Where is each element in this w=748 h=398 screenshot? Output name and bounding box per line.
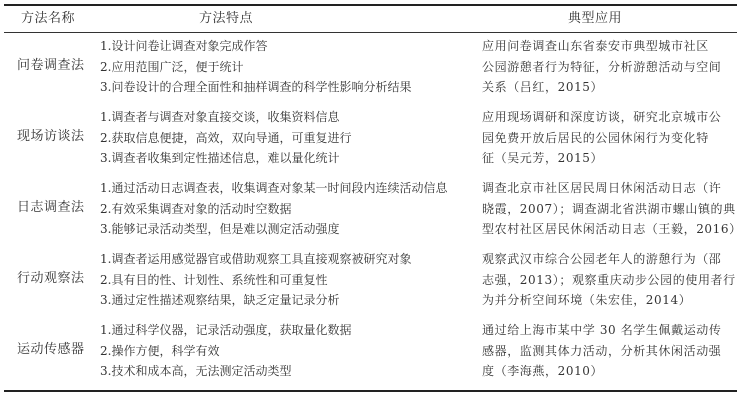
method-name: 现场访谈法 (17, 128, 85, 146)
header-features: 方法特点 (199, 10, 253, 28)
application-line: 度（李海燕，2010） (482, 361, 732, 382)
method-features: 1.通过活动日志调查表，收集调查对象某一时间段内连续活动信息 2.有效采集调查对… (100, 178, 480, 240)
feature-item: 3.调查者收集到定性描述信息，难以量化统计 (100, 148, 480, 169)
feature-item: 1.调查者运用感觉器官或借助观察工具直接观察被研究对象 (100, 249, 480, 270)
feature-item: 1.调查者与调查对象直接交谈，收集资料信息 (100, 107, 480, 128)
header-applications: 典型应用 (568, 10, 622, 28)
feature-item: 2.有效采集调查对象的活动时空数据 (100, 199, 480, 220)
method-application: 调查北京市社区居民周日休闲活动日志（许 晓霞，2007）；调查湖北省洪湖市螺山镇… (482, 178, 732, 240)
method-application: 观察武汉市综合公园老年人的游憩行为（邵 志强，2013）；观察重庆动步公园的使用… (482, 249, 732, 311)
feature-item: 2.应用范围广泛，便于统计 (100, 57, 480, 78)
application-line: 晓霞，2007）；调查湖北省洪湖市螺山镇的典 (482, 199, 732, 220)
feature-item: 3.技术和成本高，无法测定活动类型 (100, 361, 480, 382)
feature-item: 3.能够记录活动类型，但是难以测定活动强度 (100, 219, 480, 240)
feature-item: 1.通过科学仪器，记录活动强度，获取量化数据 (100, 320, 480, 341)
application-line: 征（吴元芳，2015） (482, 148, 732, 169)
application-line: 园免费开放后居民的公园休闲行为变化特 (482, 128, 732, 149)
method-name: 日志调查法 (17, 199, 85, 217)
application-line: 志强，2013）；观察重庆动步公园的使用者行 (482, 270, 732, 291)
method-name: 问卷调查法 (17, 57, 85, 75)
header-method-name: 方法名称 (21, 10, 75, 28)
feature-item: 2.具有目的性、计划性、系统性和可重复性 (100, 270, 480, 291)
feature-item: 3.通过定性描述观察结果，缺乏定量记录分析 (100, 290, 480, 311)
application-line: 观察武汉市综合公园老年人的游憩行为（邵 (482, 249, 732, 270)
application-line: 应用问卷调查山东省泰安市典型城市社区 (482, 36, 732, 57)
method-features: 1.调查者与调查对象直接交谈，收集资料信息 2.获取信息便捷，高效，双向导通，可… (100, 107, 480, 169)
table-top-rule (4, 4, 737, 6)
feature-item: 2.获取信息便捷，高效，双向导通，可重复进行 (100, 128, 480, 149)
application-line: 型农村社区居民休闲活动日志（王毅，2016） (482, 219, 732, 240)
application-line: 关系（吕红，2015） (482, 77, 732, 98)
method-application: 通过给上海市某中学 30 名学生佩戴运动传 感器，监测其体力活动，分析其休闲活动… (482, 320, 732, 382)
application-line: 公园游憩者行为特征，分析游憩活动与空间 (482, 57, 732, 78)
method-name: 行动观察法 (17, 270, 85, 288)
application-line: 调查北京市社区居民周日休闲活动日志（许 (482, 178, 732, 199)
feature-item: 3.问卷设计的合理全面性和抽样调查的科学性影响分析结果 (100, 77, 480, 98)
table-bottom-rule (4, 390, 737, 392)
application-line: 为并分析空间环境（朱宏佳，2014） (482, 290, 732, 311)
method-name: 运动传感器 (17, 341, 85, 359)
application-line: 通过给上海市某中学 30 名学生佩戴运动传 (482, 320, 732, 341)
feature-item: 1.通过活动日志调查表，收集调查对象某一时间段内连续活动信息 (100, 178, 480, 199)
method-features: 1.调查者运用感觉器官或借助观察工具直接观察被研究对象 2.具有目的性、计划性、… (100, 249, 480, 311)
feature-item: 2.操作方便，科学有效 (100, 341, 480, 362)
method-application: 应用现场调研和深度访谈，研究北京城市公 园免费开放后居民的公园休闲行为变化特 征… (482, 107, 732, 169)
method-features: 1.设计问卷让调查对象完成作答 2.应用范围广泛，便于统计 3.问卷设计的合理全… (100, 36, 480, 98)
feature-item: 1.设计问卷让调查对象完成作答 (100, 36, 480, 57)
table-header-rule (4, 32, 737, 33)
method-application: 应用问卷调查山东省泰安市典型城市社区 公园游憩者行为特征，分析游憩活动与空间 关… (482, 36, 732, 98)
method-features: 1.通过科学仪器，记录活动强度，获取量化数据 2.操作方便，科学有效 3.技术和… (100, 320, 480, 382)
application-line: 感器，监测其体力活动，分析其休闲活动强 (482, 341, 732, 362)
application-line: 应用现场调研和深度访谈，研究北京城市公 (482, 107, 732, 128)
